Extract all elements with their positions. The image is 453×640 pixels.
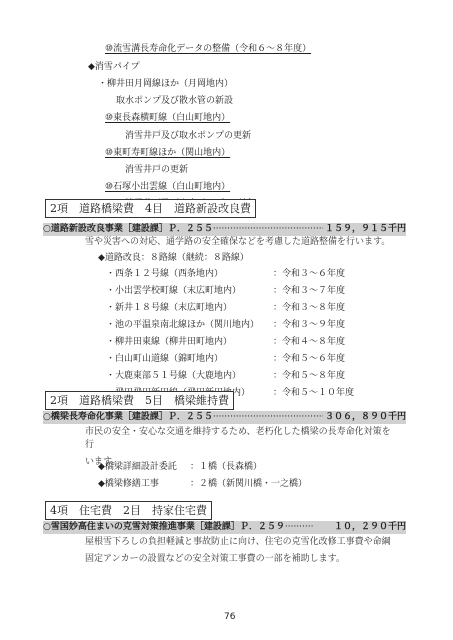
description-line: 固定アンカーの設置などの安全対策工事費の一部を補助します。 — [85, 553, 397, 566]
project-description: 屋根雪下ろしの負担軽減と事故防止に向け、住宅の克雪化改修工事費や命綱 固定アンカ… — [85, 536, 397, 566]
route-name: ・白山町山道線（錦町地内） — [106, 353, 223, 365]
project-title: ○道路新設改良事業［建設課］Ｐ．２５５ — [43, 224, 213, 234]
bridge-item-name: ◆橋梁詳細設計委託 — [98, 461, 177, 473]
bridge-item-name: ◆橋梁修繕工事 — [98, 478, 159, 490]
leader-dots: ········································… — [213, 412, 323, 422]
route-period: ：令和３～７年度 — [273, 285, 345, 297]
route-name: ・柳井田東線（柳井田町地内） — [106, 336, 232, 348]
route-period: ：令和３～８年度 — [273, 302, 345, 314]
document-page: ⑩流雪溝長寿命化データの整備（令和６～８年度） ◆消雪パイプ ・柳井田月岡線ほか… — [0, 0, 453, 640]
bridge-item-value: ：１橋（長森橋） — [190, 461, 262, 473]
project-description: 雪や災害への対応、通学路の安全確保などを考慮した道路整備を行います。 — [85, 236, 397, 249]
route-name: ・池の平温泉南北線ほか（関川地内） — [106, 319, 259, 331]
list-item-yanaida-tsukioka: ・柳井田月岡線ほか（月岡地内） — [98, 78, 233, 90]
route-name: ・小出雲学校町線（末広町地内） — [106, 285, 241, 297]
route-name: ・新井１８号線（末広町地内） — [106, 302, 232, 314]
route-period: ：令和５～８年度 — [273, 370, 345, 382]
project-title: ○雪国妙高住まいの克雪対策推進事業［建設課］Ｐ．２５９ — [43, 522, 285, 532]
route-period: ：令和３～９年度 — [273, 319, 345, 331]
list-item-higashi-nagamori: ⑩東長森横町線（白山町地内） — [105, 112, 230, 124]
section-heading-housing: 4項 住宅費 2目 持家住宅費 — [45, 501, 212, 520]
list-item-ishizuka: ⑩石塚小出雲線（白山町地内） — [105, 181, 230, 193]
route-period: ：令和５～６年度 — [273, 353, 345, 365]
project-amount: １５９，９１５千円 — [323, 223, 406, 236]
project-band-road-improvement: ○道路新設改良事業［建設課］Ｐ．２５５·····················… — [43, 223, 406, 236]
project-amount: １０，２９０千円 — [332, 521, 406, 534]
leader-dots: ········································… — [213, 224, 323, 234]
project-title: ○橋梁長寿命化事業［建設課］Ｐ．２５５ — [43, 412, 213, 422]
section-heading-bridge-maintenance: 2項 道路橋梁費 5目 橋梁維持費 — [45, 391, 234, 410]
description-line: 屋根雪下ろしの負担軽減と事故防止に向け、住宅の克雪化改修工事費や命綱 — [85, 536, 397, 549]
list-item-detail: 消雪井戸の更新 — [125, 164, 188, 176]
list-item-higashi-machi: ⑩東町寿町線ほか（関山地内） — [105, 147, 230, 159]
route-name: ・西条１２号線（西条地内） — [106, 268, 223, 280]
snow-pipe-heading: ◆消雪パイプ — [88, 61, 140, 73]
page-number: 76 — [224, 612, 235, 622]
route-period: ：令和５～１０年度 — [273, 387, 354, 399]
list-item-snow-channel-data: ⑩流雪溝長寿命化データの整備（令和６～８年度） — [105, 43, 311, 55]
route-period: ：令和４～８年度 — [273, 336, 345, 348]
section-heading-road-improvement: 2項 道路橋梁費 4目 道路新設改良費 — [45, 199, 256, 218]
route-period: ：令和３～６年度 — [273, 268, 345, 280]
project-band-snow-housing: ○雪国妙高住まいの克雪対策推進事業［建設課］Ｐ．２５９·········· １０… — [43, 521, 406, 534]
list-item-detail: 消雪井戸及び取水ポンプの更新 — [125, 130, 251, 142]
description-line: 市民の安全・安心な交通を維持するため、老朽化した橋梁の長寿命化対策を行 — [85, 426, 397, 452]
route-name: ・大鹿東部５１号線（大鹿地内） — [106, 370, 241, 382]
bridge-item-value: ：２橋（新関川橋・一之橋） — [190, 478, 307, 490]
road-improvement-subheading: ◆道路改良：８路線（継続：８路線） — [98, 252, 249, 264]
project-amount: ３０６，８９０千円 — [323, 411, 406, 424]
list-item-detail: 取水ポンプ及び散水管の新設 — [116, 95, 233, 107]
project-band-bridge-longevity: ○橋梁長寿命化事業［建設課］Ｐ．２５５·····················… — [43, 411, 406, 424]
leader-dots: ·········· — [285, 522, 314, 532]
